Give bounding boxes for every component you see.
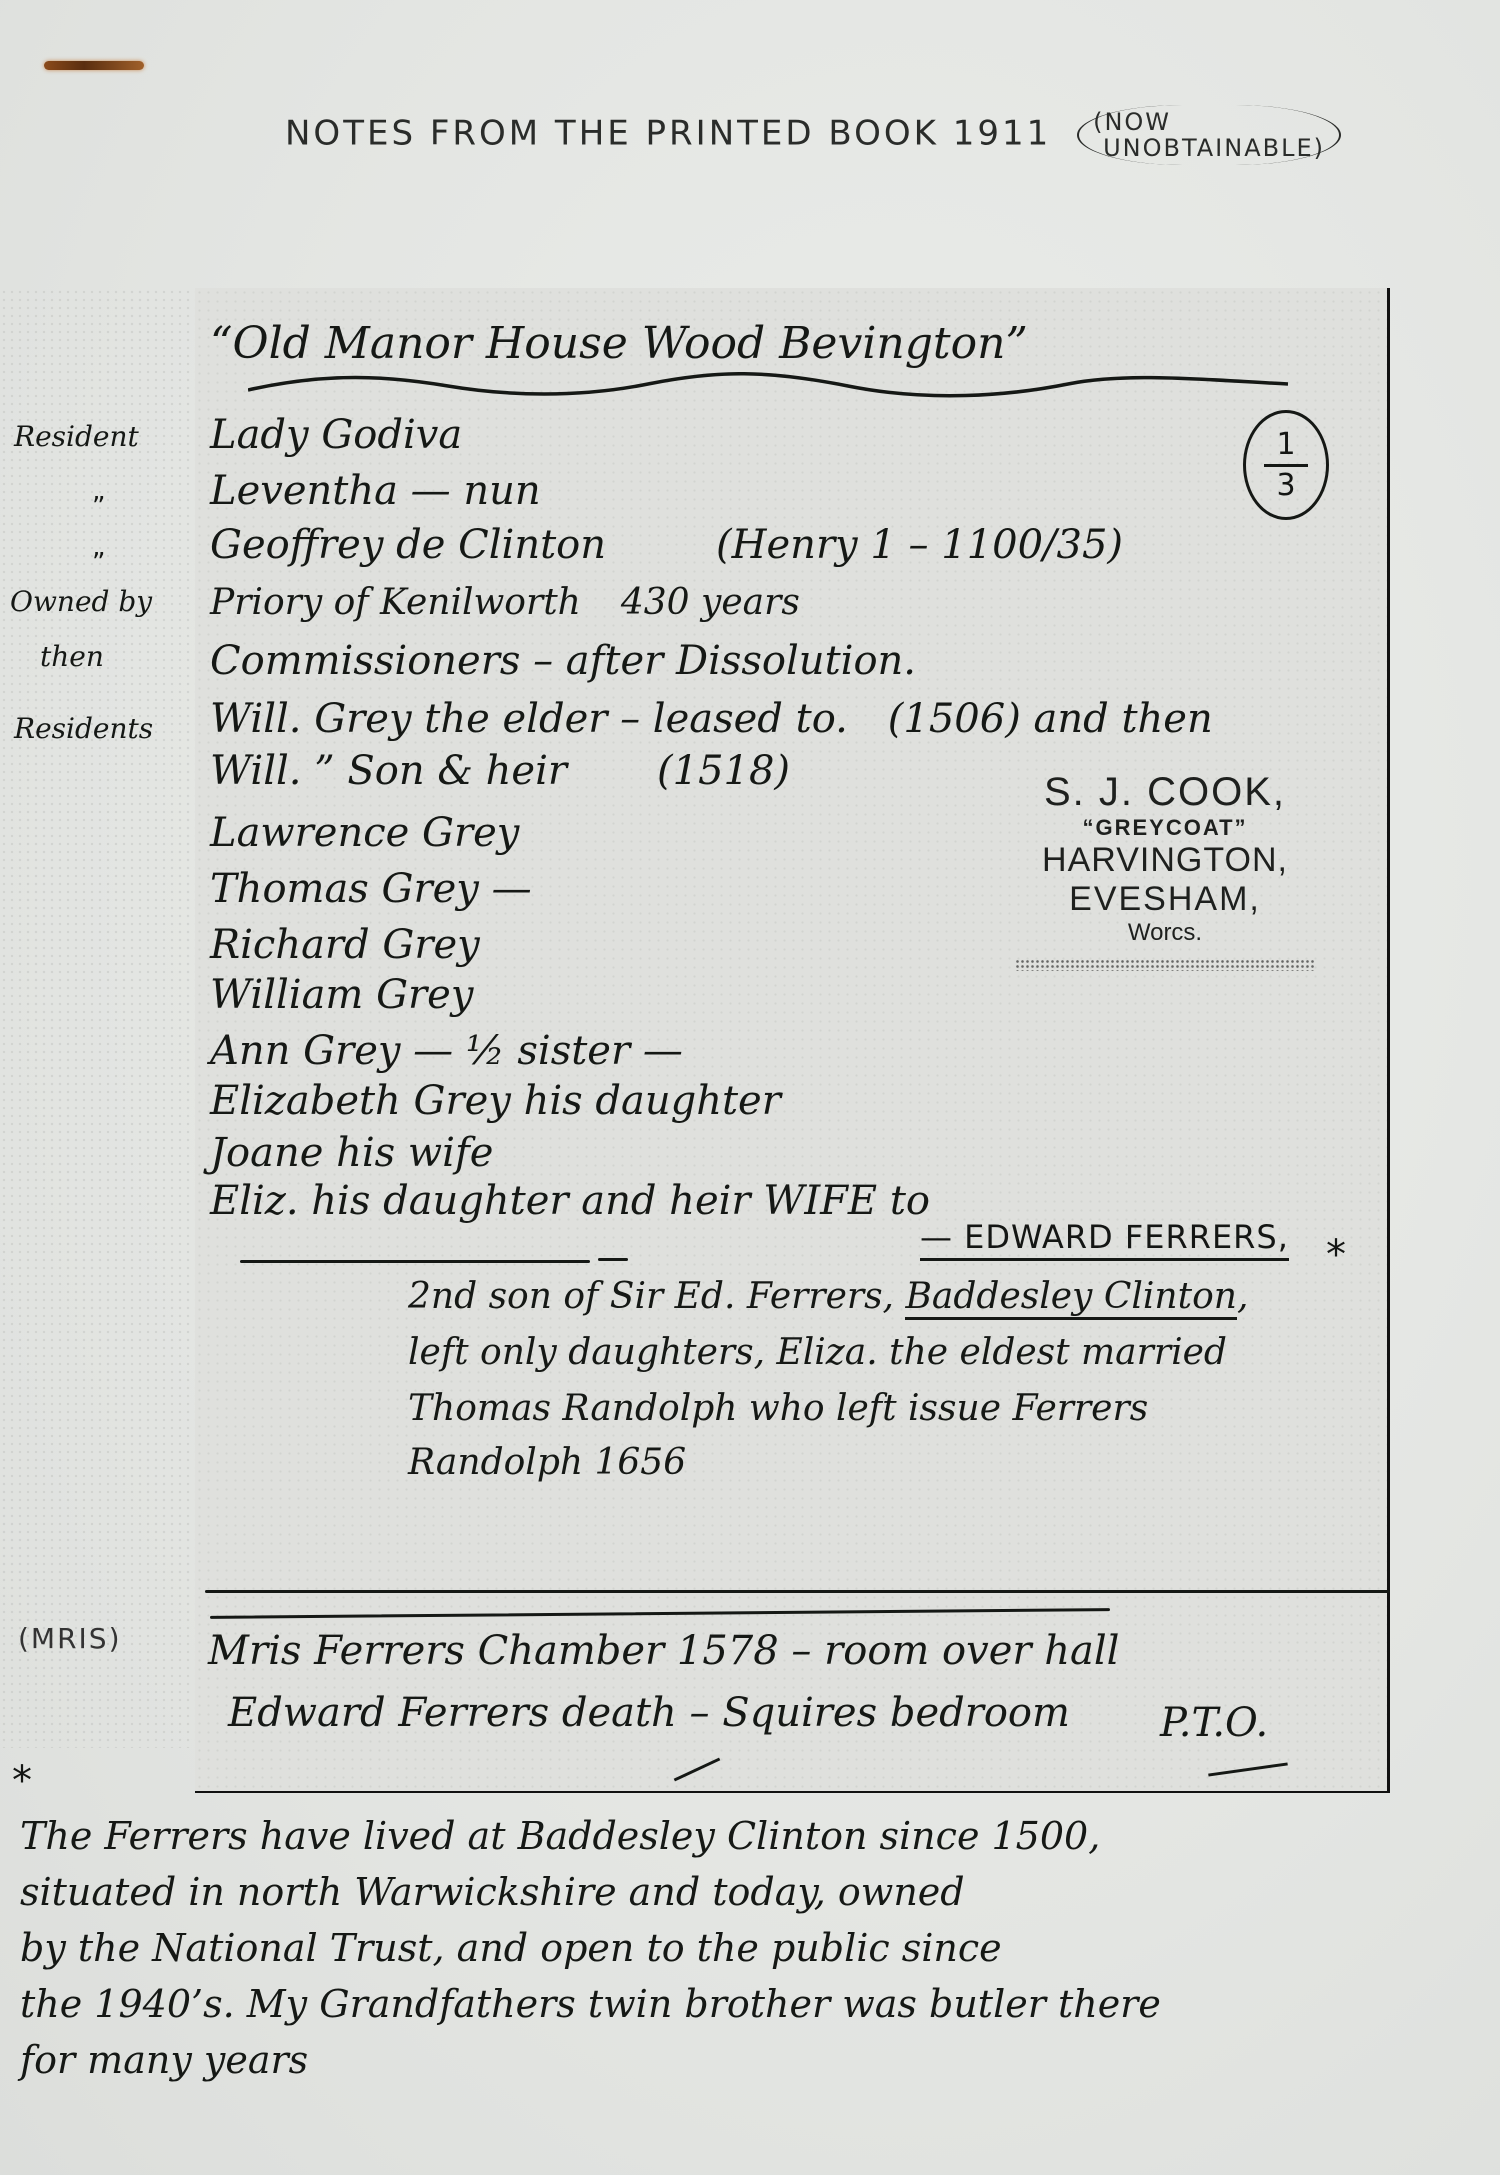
entry-name: Eliz. his daughter and heir WIFE to <box>210 1178 930 1224</box>
stamp-house: “GREYCOAT” <box>1000 815 1330 841</box>
page-number-bottom: 3 <box>1276 469 1295 503</box>
entry-name: Geoffrey de Clinton <box>210 522 606 568</box>
margin-label-residents: Residents <box>14 712 153 745</box>
entry-name: Leventha — nun <box>210 468 541 514</box>
heading-aside-line1: (NOW <box>1093 109 1325 135</box>
footnote-line: by the National Trust, and open to the p… <box>20 1920 1450 1976</box>
entry-name: Joane his wife <box>210 1130 493 1176</box>
footnote-line: the 1940’s. My Grandfathers twin brother… <box>20 1976 1450 2032</box>
footnote-paragraph: The Ferrers have lived at Baddesley Clin… <box>20 1808 1450 2088</box>
please-turn-over: P.T.O. <box>1160 1700 1268 1746</box>
sub-note-text: 2nd son of Sir Ed. Ferrers, <box>408 1276 905 1317</box>
page-number-circle: 1 3 <box>1243 410 1329 520</box>
heading-aside-line2: UNOBTAINABLE) <box>1103 135 1325 161</box>
underlined-place: Baddesley Clinton <box>905 1276 1236 1320</box>
section-rule <box>240 1260 590 1263</box>
entry-name: Will. ” Son & heir <box>210 748 567 794</box>
scanned-page: NOTES FROM THE PRINTED BOOK 1911 (NOW UN… <box>0 0 1500 2175</box>
divider-rule <box>205 1590 1390 1593</box>
sub-note-line: Randolph 1656 <box>408 1442 686 1483</box>
entry-note: (1506) and then <box>888 696 1213 742</box>
entry-row: William Grey <box>210 972 473 1018</box>
entry-row: Commissioners – after Dissolution. <box>210 638 916 684</box>
entry-name: Elizabeth Grey his daughter <box>210 1078 781 1124</box>
margin-ditto-2: ” <box>92 548 105 578</box>
excerpt-title: “Old Manor House Wood Bevington” <box>210 318 1028 369</box>
entry-row: Leventha — nun <box>210 468 541 514</box>
sub-note-line: 2nd son of Sir Ed. Ferrers, Baddesley Cl… <box>408 1276 1248 1317</box>
entry-row: Will. ” Son & heir(1518) <box>210 748 790 794</box>
entry-name: Ann Grey — ½ sister — <box>210 1028 683 1074</box>
entry-row: Elizabeth Grey his daughter <box>210 1078 781 1124</box>
title-underline-wave <box>248 372 1288 402</box>
heading-text: NOTES FROM THE PRINTED BOOK 1911 <box>285 114 1051 154</box>
entry-note: (Henry 1 – 1100/35) <box>716 522 1123 568</box>
entry-name: William Grey <box>210 972 473 1018</box>
section-rule-dash <box>598 1258 628 1261</box>
entry-row: Geoffrey de Clinton(Henry 1 – 1100/35) <box>210 522 1123 568</box>
asterisk-marker: * <box>1326 1232 1346 1278</box>
entry-name: Richard Grey <box>210 922 480 968</box>
margin-label-resident: Resident <box>14 420 139 453</box>
margin-label-then: then <box>40 640 104 673</box>
margin-label-mris: (MRIS) <box>18 1622 122 1655</box>
stamp-name: S. J. COOK, <box>1000 770 1330 815</box>
rubber-stamp-address: S. J. COOK, “GREYCOAT” HARVINGTON, EVESH… <box>1000 770 1330 971</box>
sub-note-line: left only daughters, Eliza. the eldest m… <box>408 1332 1227 1373</box>
entry-row: Lawrence Grey <box>210 810 519 856</box>
footnote-line: situated in north Warwickshire and today… <box>20 1864 1450 1920</box>
room-note: Edward Ferrers death – Squires bedroom <box>228 1690 1070 1736</box>
entry-row: Lady Godiva <box>210 412 462 458</box>
footnote-marker: * <box>12 1758 32 1804</box>
entry-name: Priory of Kenilworth <box>210 582 581 623</box>
sub-note-punct: , <box>1237 1276 1248 1317</box>
entry-name: Commissioners – after Dissolution. <box>210 638 916 684</box>
entry-row: Priory of Kenilworth430 years <box>210 582 800 623</box>
entry-row: Will. Grey the elder – leased to.(1506) … <box>210 696 1213 742</box>
entry-name: Lady Godiva <box>210 412 462 458</box>
entry-note: (1518) <box>657 748 790 794</box>
entry-row: Joane his wife <box>210 1130 493 1176</box>
stamp-village: HARVINGTON, <box>1000 841 1330 880</box>
room-note: Mris Ferrers Chamber 1578 – room over ha… <box>208 1628 1119 1674</box>
entry-name: Lawrence Grey <box>210 810 519 856</box>
entry-row: Eliz. his daughter and heir WIFE to <box>210 1178 930 1224</box>
sub-note-line: Thomas Randolph who left issue Ferrers <box>408 1388 1148 1429</box>
footnote-line: The Ferrers have lived at Baddesley Clin… <box>20 1808 1450 1864</box>
fraction-bar <box>1264 464 1308 467</box>
page-number-top: 1 <box>1276 428 1295 462</box>
footnote-line: for many years <box>20 2032 1450 2088</box>
margin-ditto-1: ” <box>92 492 105 522</box>
stamp-smudge <box>1015 959 1315 971</box>
entry-row: Richard Grey <box>210 922 480 968</box>
heading-aside: (NOW UNOBTAINABLE) <box>1077 105 1341 165</box>
entry-row: Ann Grey — ½ sister — <box>210 1028 683 1074</box>
husband-name: — EDWARD FERRERS, <box>920 1218 1289 1261</box>
entry-name: Will. Grey the elder – leased to. <box>210 696 848 742</box>
page-heading: NOTES FROM THE PRINTED BOOK 1911 (NOW UN… <box>285 105 1341 165</box>
stamp-town: EVESHAM, <box>1000 880 1330 919</box>
margin-label-owned-by: Owned by <box>10 585 152 618</box>
stamp-county: Worcs. <box>1000 919 1330 947</box>
entry-row: Thomas Grey — <box>210 866 532 912</box>
staple <box>44 61 144 70</box>
entry-note: 430 years <box>621 582 800 623</box>
entry-name: Thomas Grey — <box>210 866 532 912</box>
